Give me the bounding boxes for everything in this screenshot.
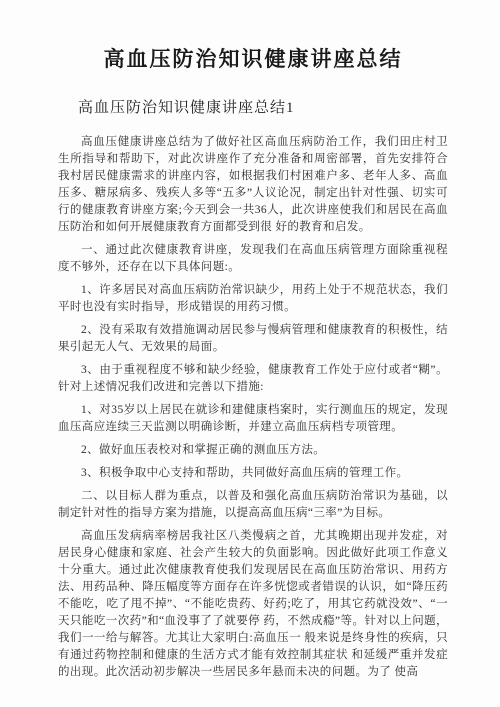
paragraph: 二、以目标人群为重点，以普及和强化高血压病防治常识为基础，以制定针对性的指导方案…: [58, 488, 448, 522]
paragraph: 高血压健康讲座总结为了做好社区高血压病防治工作，我们田庄村卫生所指导和帮助下，对…: [58, 134, 448, 236]
paragraph: 2、做好血压表校对和掌握正确的测血压方法。: [58, 442, 448, 459]
document-body: 高血压健康讲座总结为了做好社区高血压病防治工作，我们田庄村卫生所指导和帮助下，对…: [58, 134, 448, 681]
paragraph: 1、许多居民对高血压病防治常识缺少，用药上处于不规范状态，我们平时也没有实时指导…: [58, 282, 448, 316]
paragraph: 一、通过此次健康教育讲座，发现我们在高血压病管理方面除重视程度不够外，还存在以下…: [58, 242, 448, 276]
paragraph: 2、没有采取有效措施调动居民参与慢病管理和健康教育的积极性，结果引起无人气、无效…: [58, 322, 448, 356]
document-page: 高血压防治知识健康讲座总结 高血压防治知识健康讲座总结1 高血压健康讲座总结为了…: [0, 0, 500, 707]
paragraph: 1、对35岁以上居民在就诊和建健康档案时，实行测血压的规定，发现血压高应连续三天…: [58, 402, 448, 436]
document-subtitle: 高血压防治知识健康讲座总结1: [58, 98, 448, 118]
paragraph: 3、积极争取中心支持和帮助，共同做好高血压病的管理工作。: [58, 465, 448, 482]
paragraph: 高血压发病病率榜居我社区八类慢病之首，尤其晚期出现并发症，对居民身心健康和家庭、…: [58, 528, 448, 681]
paragraph: 3、由于重视程度不够和缺少经验，健康教育工作处于应付或者“糊”。 针对上述情况我…: [58, 362, 448, 396]
document-title: 高血压防治知识健康讲座总结: [58, 44, 448, 74]
